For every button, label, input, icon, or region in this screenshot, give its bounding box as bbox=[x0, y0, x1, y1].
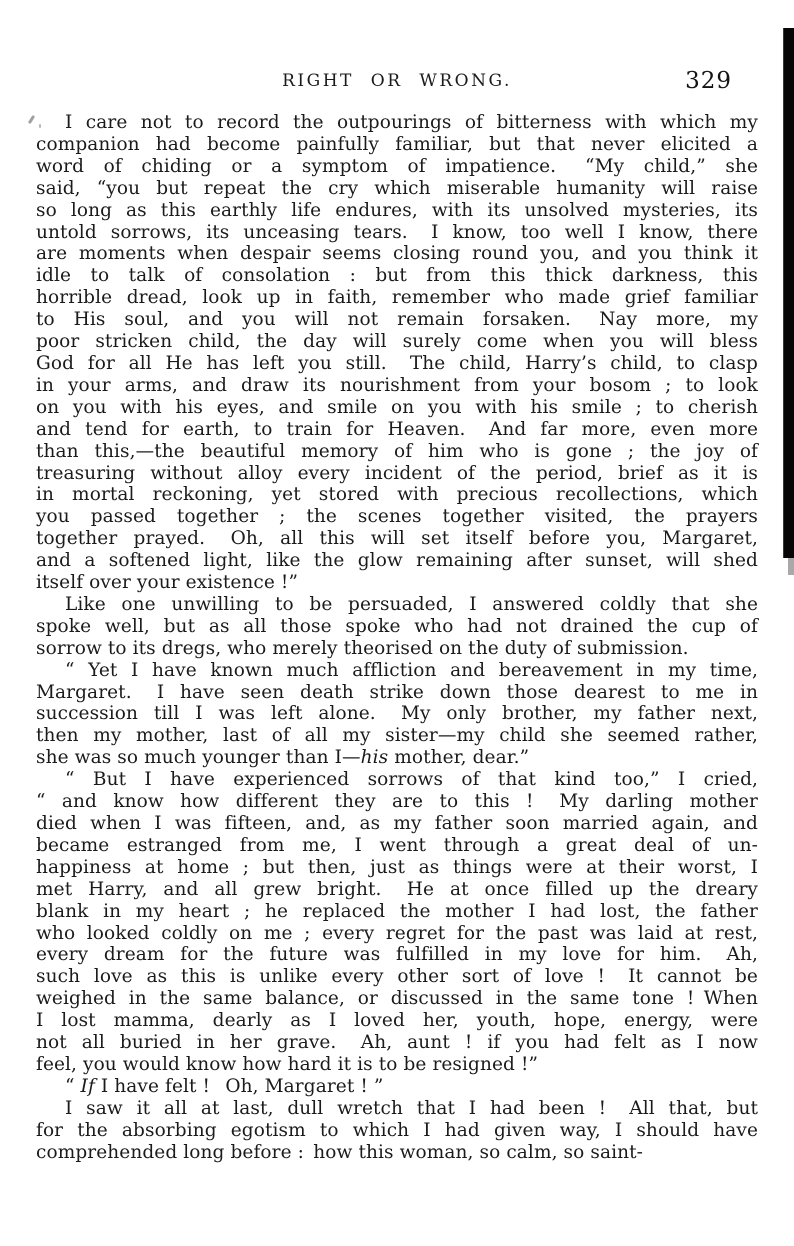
text-line: sorrow to its dregs, who merely theorise… bbox=[36, 638, 758, 660]
text-segment: met Harry, and all grew bright. He at on… bbox=[36, 879, 758, 900]
text-segment: sorrow to its dregs, who merely theorise… bbox=[36, 638, 689, 659]
text-segment: companion had become painfully familiar,… bbox=[36, 134, 758, 155]
text-segment: feel, you would know how hard it is to b… bbox=[36, 1054, 538, 1075]
ink-smudge-artifact bbox=[28, 115, 35, 124]
text-line: horrible dread, look up in faith, rememb… bbox=[36, 287, 758, 309]
text-line: feel, you would know how hard it is to b… bbox=[36, 1054, 758, 1076]
text-segment: “ Yet I have known much affliction and b… bbox=[65, 660, 758, 681]
text-line: weighed in the same balance, or discusse… bbox=[36, 988, 758, 1010]
text-segment: itself over your existence !” bbox=[36, 572, 298, 593]
text-line: and tend for earth, to train for Heaven.… bbox=[36, 419, 758, 441]
text-segment: “ But I have experienced sorrows of that… bbox=[65, 769, 758, 790]
text-segment: every dream for the future was fulfilled… bbox=[36, 944, 758, 965]
text-segment: are moments when despair seems closing r… bbox=[36, 243, 758, 264]
text-segment: became estranged from me, I went through… bbox=[36, 835, 758, 856]
text-line: idle to talk of consolation : but from t… bbox=[36, 265, 758, 287]
text-segment: Margaret. I have seen death strike down … bbox=[36, 682, 758, 703]
text-segment: who looked coldly on me ; every regret f… bbox=[36, 923, 758, 944]
text-segment: I saw it all at last, dull wretch that I… bbox=[65, 1098, 758, 1119]
text-line: word of chiding or a symptom of impatien… bbox=[36, 156, 758, 178]
text-segment: mother, dear.” bbox=[388, 747, 529, 768]
text-line: Margaret. I have seen death strike down … bbox=[36, 682, 758, 704]
text-segment: in your arms, and draw its nourishment f… bbox=[36, 375, 758, 396]
text-segment: then my mother, last of all my sister—my… bbox=[36, 725, 758, 746]
text-line: poor stricken child, the day will surely… bbox=[36, 331, 758, 353]
text-segment: on you with his eyes, and smile on you w… bbox=[36, 397, 758, 418]
text-line: I lost mamma, dearly as I loved her, you… bbox=[36, 1010, 758, 1032]
text-line: “ But I have experienced sorrows of that… bbox=[36, 769, 758, 791]
text-segment: word of chiding or a symptom of impatien… bbox=[36, 156, 758, 177]
text-line: succession till I was left alone. My onl… bbox=[36, 703, 758, 725]
text-segment: “ bbox=[65, 1076, 81, 1097]
text-line: became estranged from me, I went through… bbox=[36, 835, 758, 857]
text-line: said, “you but repeat the cry which mise… bbox=[36, 178, 758, 200]
text-segment: to His soul, and you will not remain for… bbox=[36, 309, 758, 330]
text-segment: not all buried in her grave. Ah, aunt ! … bbox=[36, 1032, 758, 1053]
paragraph: “ If I have felt ! Oh, Margaret ! ” bbox=[36, 1076, 758, 1098]
text-line: on you with his eyes, and smile on you w… bbox=[36, 397, 758, 419]
italic-text: If bbox=[81, 1076, 95, 1097]
text-segment: succession till I was left alone. My onl… bbox=[36, 703, 758, 724]
paragraph: “ But I have experienced sorrows of that… bbox=[36, 769, 758, 1076]
text-line: “ Yet I have known much affliction and b… bbox=[36, 660, 758, 682]
text-segment: I care not to record the outpourings of … bbox=[65, 112, 758, 133]
text-line: so long as this earthly life endures, wi… bbox=[36, 200, 758, 222]
text-line: she was so much younger than I—his mothe… bbox=[36, 747, 758, 769]
text-line: then my mother, last of all my sister—my… bbox=[36, 725, 758, 747]
text-line: died when I was fifteen, and, as my fath… bbox=[36, 813, 758, 835]
text-line: happiness at home ; but then, just as th… bbox=[36, 857, 758, 879]
text-line: every dream for the future was fulfilled… bbox=[36, 944, 758, 966]
paragraph: I saw it all at last, dull wretch that I… bbox=[36, 1098, 758, 1164]
text-line: in mortal reckoning, yet stored with pre… bbox=[36, 484, 758, 506]
text-line: to His soul, and you will not remain for… bbox=[36, 309, 758, 331]
text-line: I saw it all at last, dull wretch that I… bbox=[36, 1098, 758, 1120]
text-segment: you passed together ; the scenes togethe… bbox=[36, 506, 758, 527]
text-segment: blank in my heart ; he replaced the moth… bbox=[36, 901, 758, 922]
page-title: RIGHT OR WRONG. bbox=[0, 71, 794, 91]
text-line: together prayed. Oh, all this will set i… bbox=[36, 528, 758, 550]
book-page-scan: RIGHT OR WRONG. 329 I care not to record… bbox=[0, 0, 794, 1246]
text-line: than this,—the beautiful memory of him w… bbox=[36, 441, 758, 463]
text-line: such love as this is unlike every other … bbox=[36, 966, 758, 988]
text-segment: God for all He has left you still. The c… bbox=[36, 353, 758, 374]
text-segment: than this,—the beautiful memory of him w… bbox=[36, 441, 758, 462]
text-line: and a softened light, like the glow rema… bbox=[36, 550, 758, 572]
text-line: untold sorrows, its unceasing tears. I k… bbox=[36, 222, 758, 244]
text-segment: I lost mamma, dearly as I loved her, you… bbox=[36, 1010, 758, 1031]
text-line: blank in my heart ; he replaced the moth… bbox=[36, 901, 758, 923]
text-line: “ and know how different they are to thi… bbox=[36, 791, 758, 813]
text-segment: “ and know how different they are to thi… bbox=[36, 791, 758, 812]
text-segment: so long as this earthly life endures, wi… bbox=[36, 200, 758, 221]
text-line: in your arms, and draw its nourishment f… bbox=[36, 375, 758, 397]
page-body: I care not to record the outpourings of … bbox=[36, 112, 758, 1164]
text-segment: happiness at home ; but then, just as th… bbox=[36, 857, 758, 878]
text-segment: untold sorrows, its unceasing tears. I k… bbox=[36, 222, 758, 243]
text-line: for the absorbing egotism to which I had… bbox=[36, 1120, 758, 1142]
paragraph: Like one unwilling to be persuaded, I an… bbox=[36, 594, 758, 660]
text-segment: and a softened light, like the glow rema… bbox=[36, 550, 758, 571]
text-segment: died when I was fifteen, and, as my fath… bbox=[36, 813, 758, 834]
text-segment: Like one unwilling to be persuaded, I an… bbox=[65, 594, 758, 615]
text-line: treasuring without alloy every incident … bbox=[36, 463, 758, 485]
text-line: God for all He has left you still. The c… bbox=[36, 353, 758, 375]
text-line: “ If I have felt ! Oh, Margaret ! ” bbox=[36, 1076, 758, 1098]
running-header: RIGHT OR WRONG. 329 bbox=[0, 71, 794, 95]
scan-edge-bar-tail bbox=[788, 558, 794, 575]
text-segment: horrible dread, look up in faith, rememb… bbox=[36, 287, 758, 308]
text-segment: and tend for earth, to train for Heaven.… bbox=[36, 419, 758, 440]
text-segment: she was so much younger than I— bbox=[36, 747, 361, 768]
text-line: I care not to record the outpourings of … bbox=[36, 112, 758, 134]
text-segment: treasuring without alloy every incident … bbox=[36, 463, 758, 484]
text-segment: idle to talk of consolation : but from t… bbox=[36, 265, 758, 286]
text-segment: such love as this is unlike every other … bbox=[36, 966, 758, 987]
text-segment: in mortal reckoning, yet stored with pre… bbox=[36, 484, 758, 505]
text-line: comprehended long before : how this woma… bbox=[36, 1142, 758, 1164]
text-segment: together prayed. Oh, all this will set i… bbox=[36, 528, 758, 549]
text-line: met Harry, and all grew bright. He at on… bbox=[36, 879, 758, 901]
text-segment: I have felt ! Oh, Margaret ! ” bbox=[95, 1076, 384, 1097]
scan-edge-bar bbox=[783, 28, 794, 558]
text-segment: weighed in the same balance, or discusse… bbox=[36, 988, 758, 1009]
text-line: you passed together ; the scenes togethe… bbox=[36, 506, 758, 528]
text-segment: spoke well, but as all those spoke who h… bbox=[36, 616, 758, 637]
text-line: who looked coldly on me ; every regret f… bbox=[36, 923, 758, 945]
page-number: 329 bbox=[685, 68, 732, 94]
text-line: itself over your existence !” bbox=[36, 572, 758, 594]
text-line: companion had become painfully familiar,… bbox=[36, 134, 758, 156]
italic-text: his bbox=[361, 747, 389, 768]
text-segment: poor stricken child, the day will surely… bbox=[36, 331, 758, 352]
text-segment: for the absorbing egotism to which I had… bbox=[36, 1120, 758, 1141]
text-segment: comprehended long before : how this woma… bbox=[36, 1142, 643, 1163]
text-line: are moments when despair seems closing r… bbox=[36, 243, 758, 265]
paragraph: “ Yet I have known much affliction and b… bbox=[36, 660, 758, 770]
text-line: Like one unwilling to be persuaded, I an… bbox=[36, 594, 758, 616]
text-line: not all buried in her grave. Ah, aunt ! … bbox=[36, 1032, 758, 1054]
paragraph: I care not to record the outpourings of … bbox=[36, 112, 758, 594]
text-line: spoke well, but as all those spoke who h… bbox=[36, 616, 758, 638]
text-segment: said, “you but repeat the cry which mise… bbox=[36, 178, 758, 199]
